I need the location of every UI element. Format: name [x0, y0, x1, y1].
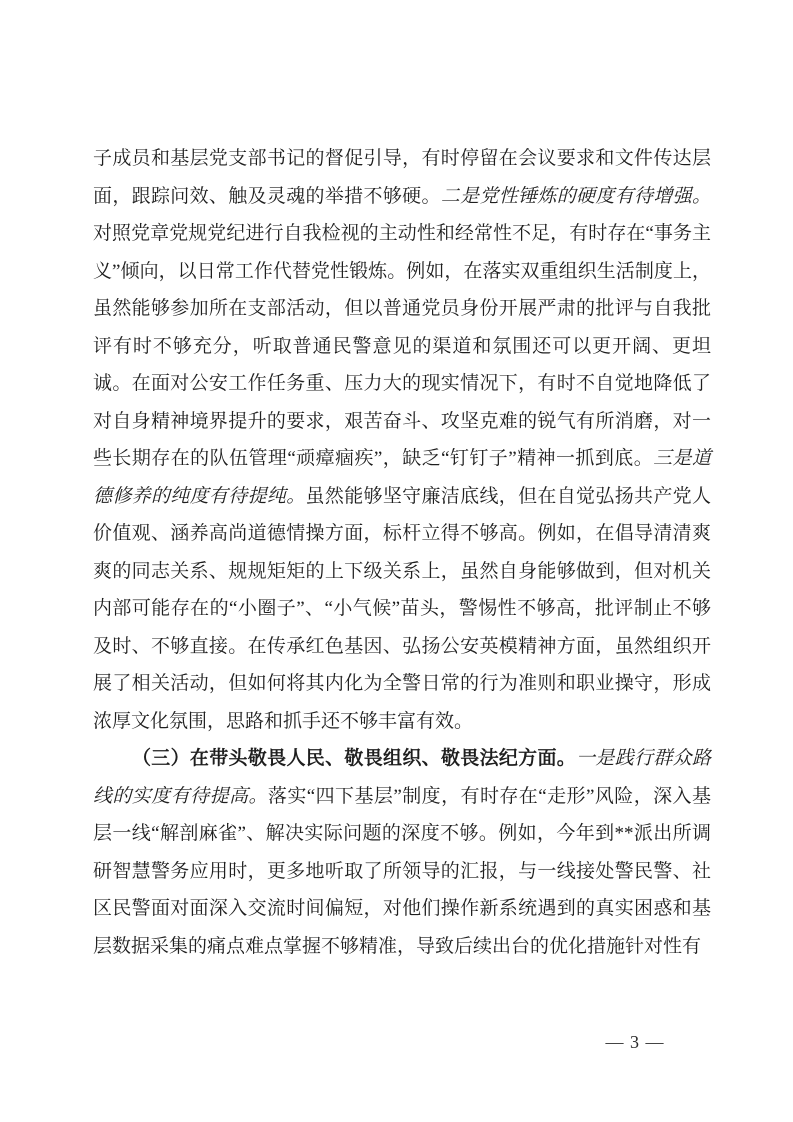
document-page: 子成员和基层党支部书记的督促引导，有时停留在会议要求和文件传达层面，跟踪问效、触… — [0, 0, 793, 1122]
text-run: 虽然能够坚守廉洁底线，但在自觉弘扬共产党人价值观、涵养高尚道德情操方面，标杆立得… — [93, 486, 711, 732]
paragraph: （三）在带头敬畏人民、敬畏组织、敬畏法纪方面。一是践行群众路线的实度有待提高。落… — [93, 740, 711, 965]
document-body: 子成员和基层党支部书记的督促引导，有时停留在会议要求和文件传达层面，跟踪问效、触… — [93, 140, 711, 965]
heading-run: （三）在带头敬畏人民、敬畏组织、敬畏法纪方面。 — [132, 748, 576, 769]
page-number: — 3 — — [583, 1030, 687, 1054]
paragraph: 子成员和基层党支部书记的督促引导，有时停留在会议要求和文件传达层面，跟踪问效、触… — [93, 140, 711, 740]
emphasis-run: 二是党性锤炼的硬度有待增强。 — [441, 186, 711, 207]
text-run: 对照党章党规党纪进行自我检视的主动性和经常性不足，有时存在“事务主义”倾向，以日… — [93, 223, 711, 469]
text-run: 落实“四下基层”制度，有时存在“走形”风险，深入基层一线“解剖麻雀”、解决实际问… — [93, 786, 711, 957]
